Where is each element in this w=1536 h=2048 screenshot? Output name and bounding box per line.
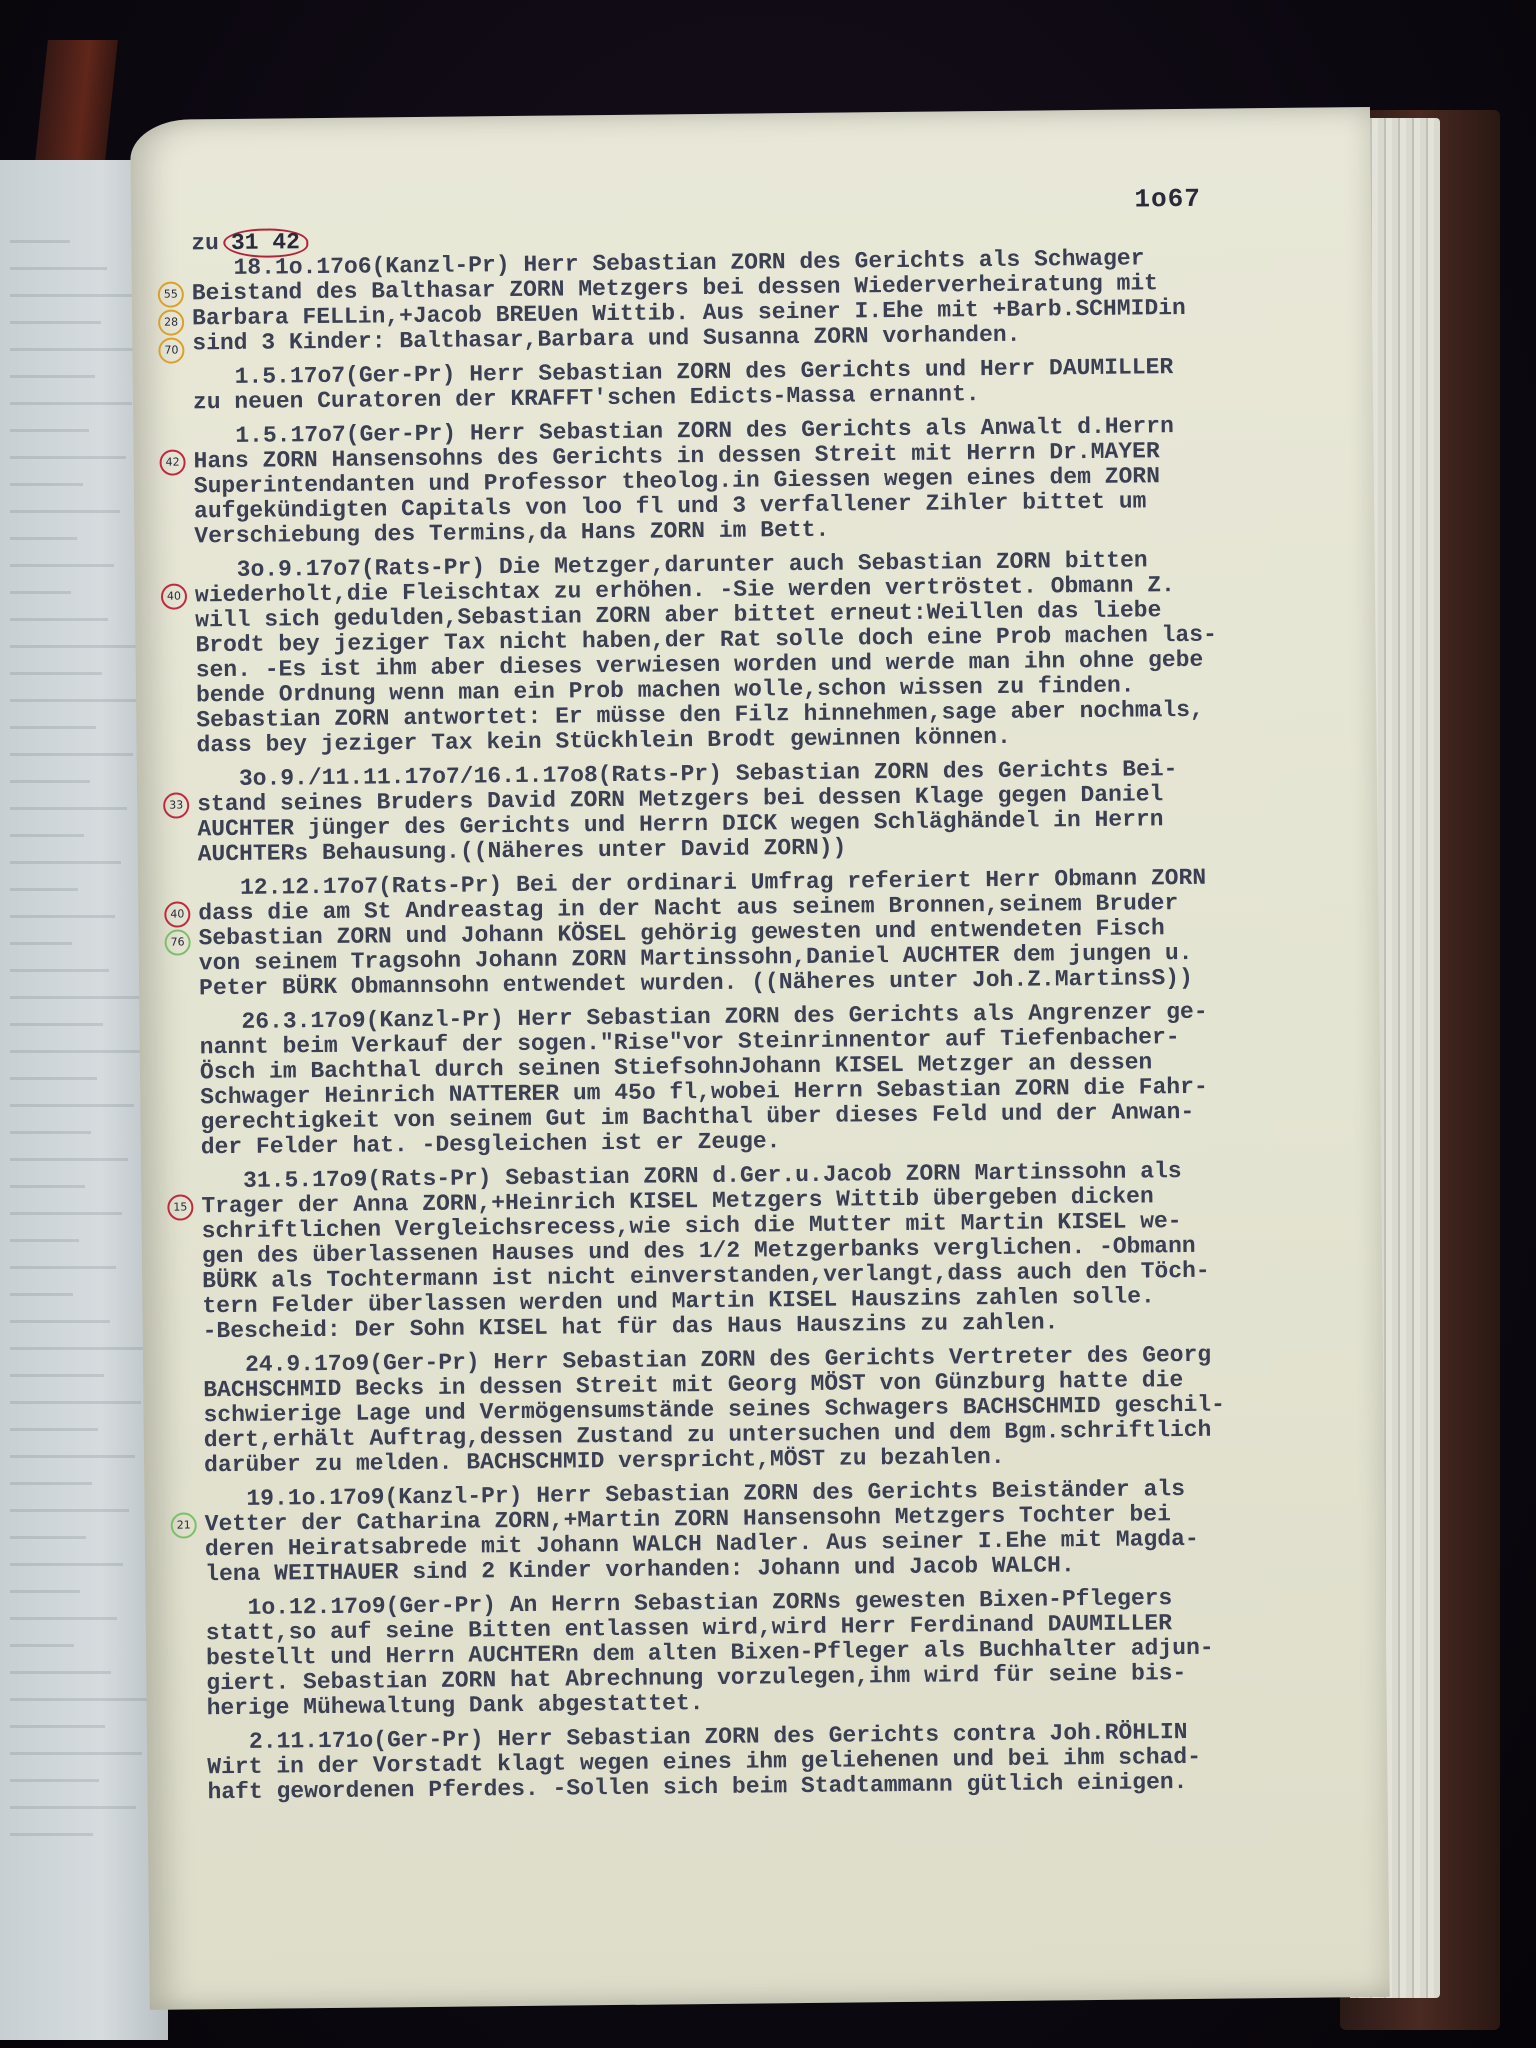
left-page-text-shadow <box>10 1401 141 1404</box>
left-page-text-shadow <box>10 240 70 243</box>
left-page-text-shadow <box>10 1293 73 1296</box>
document-entry: 24.9.17o9(Ger-Pr) Herr Sebastian ZORN de… <box>203 1342 1324 1479</box>
left-page-text-shadow <box>10 1320 110 1323</box>
left-page-text-shadow <box>10 1698 148 1701</box>
document-entry: 1o.12.17o9(Ger-Pr) An Herrn Sebastian ZO… <box>205 1585 1326 1722</box>
left-page-text-shadow <box>10 915 115 918</box>
left-page-text-shadow <box>10 1779 99 1782</box>
left-page-text-shadow <box>10 267 107 270</box>
entries-list: 18.1o.17o6(Kanzl-Pr) Herr Sebastian ZORN… <box>191 245 1327 1806</box>
left-page-text-shadow <box>10 1131 91 1134</box>
left-page-text-shadow <box>10 564 114 567</box>
left-page-text-shadow <box>10 1725 105 1728</box>
left-page-text-shadow <box>10 348 138 351</box>
left-page-text-shadow <box>10 1590 80 1593</box>
left-page-text-shadow <box>10 1536 86 1539</box>
document-entry: 31.5.17o9(Rats-Pr) Sebastian ZORN d.Ger.… <box>201 1158 1323 1345</box>
left-page-text-shadow <box>10 861 121 864</box>
left-page-text-shadow <box>10 1509 129 1512</box>
left-page-text-shadow <box>10 429 89 432</box>
document-entry: 1.5.17o7(Ger-Pr) Herr Sebastian ZORN des… <box>193 413 1314 550</box>
left-page-text-shadow <box>10 834 84 837</box>
left-page-text-shadow <box>10 1050 140 1053</box>
left-page-text-shadow <box>10 645 145 648</box>
left-page-text-shadow <box>10 888 78 891</box>
margin-annotation-circle: 40 <box>161 583 187 609</box>
margin-annotation-circle: 15 <box>167 1194 193 1220</box>
document-entry: 18.1o.17o6(Kanzl-Pr) Herr Sebastian ZORN… <box>191 245 1312 357</box>
left-page-text-shadow <box>10 1563 123 1566</box>
left-page-text-shadow <box>10 294 144 297</box>
left-page-text-shadow <box>10 699 139 702</box>
left-page-text-shadow <box>10 1482 92 1485</box>
document-entry: 19.1o.17o9(Kanzl-Pr) Herr Sebastian ZORN… <box>204 1476 1325 1588</box>
left-page-text-shadow <box>10 1671 111 1674</box>
margin-annotation-circle: 42 <box>159 449 185 475</box>
margin-annotation-circle: 21 <box>171 1512 197 1538</box>
left-page-text-shadow <box>10 1455 135 1458</box>
left-page-text-shadow <box>10 1239 79 1242</box>
left-page-text-shadow <box>10 1158 128 1161</box>
left-page-text-shadow <box>10 510 120 513</box>
left-page-text-shadow <box>10 1617 117 1620</box>
margin-annotation-circle: 70 <box>158 337 184 363</box>
page-number: 1o67 <box>1134 184 1201 215</box>
left-page-text-shadow <box>10 780 90 783</box>
left-page-text-shadow <box>10 618 108 621</box>
left-page-text-shadow <box>10 969 109 972</box>
left-page-text-shadow <box>10 1374 104 1377</box>
left-page-text-shadow <box>10 1806 136 1809</box>
document-page: 1o67 zu31 42 18.1o.17o6(Kanzl-Pr) Herr S… <box>130 107 1390 2010</box>
left-page-text-shadow <box>10 726 96 729</box>
left-page-text-shadow <box>10 1833 93 1836</box>
left-page-text-shadow <box>10 1212 122 1215</box>
margin-annotation-circle: 33 <box>163 792 189 818</box>
left-page-text-shadow <box>10 1644 74 1647</box>
left-page-text-shadow <box>10 483 83 486</box>
left-page-text-shadow <box>10 807 127 810</box>
margin-annotation-circle: 76 <box>164 929 190 955</box>
left-page-text-shadow <box>10 1104 134 1107</box>
left-page-text-shadow <box>10 537 77 540</box>
left-page-text-shadow <box>10 753 133 756</box>
left-page-text-shadow <box>10 1185 85 1188</box>
margin-annotation-circle: 28 <box>158 309 184 335</box>
left-page-text-shadow <box>10 321 101 324</box>
left-page-text-shadow <box>10 1428 98 1431</box>
margin-annotation-circle: 55 <box>158 281 184 307</box>
document-entry: 1.5.17o7(Ger-Pr) Herr Sebastian ZORN des… <box>193 354 1313 416</box>
reference-prefix: zu <box>191 231 219 256</box>
left-page-text-shadow <box>10 996 146 999</box>
left-page-text-shadow <box>10 1077 97 1080</box>
left-page-text-shadow <box>10 1023 103 1026</box>
document-entry: 3o.9./11.11.17o7/16.1.17o8(Rats-Pr) Seba… <box>197 756 1318 868</box>
left-page-text-shadow <box>10 402 132 405</box>
left-page-text-shadow <box>10 672 102 675</box>
document-entry: 3o.9.17o7(Rats-Pr) Die Metzger,darunter … <box>195 547 1317 759</box>
left-page-text-shadow <box>10 1347 147 1350</box>
document-entry: 26.3.17o9(Kanzl-Pr) Herr Sebastian ZORN … <box>199 999 1321 1161</box>
left-page-text-shadow <box>10 456 126 459</box>
left-page-text-shadow <box>10 375 95 378</box>
document-entry: 2.11.171o(Ger-Pr) Herr Sebastian ZORN de… <box>207 1719 1328 1806</box>
left-page-text-shadow <box>10 942 72 945</box>
document-entry: 12.12.17o7(Rats-Pr) Bei der ordinari Umf… <box>198 865 1319 1002</box>
margin-annotation-circle: 40 <box>164 901 190 927</box>
left-page-text-shadow <box>10 1752 142 1755</box>
left-page-text-shadow <box>10 1266 116 1269</box>
left-page-text-shadow <box>10 591 71 594</box>
document-body: zu31 42 18.1o.17o6(Kanzl-Pr) Herr Sebast… <box>191 218 1328 1815</box>
